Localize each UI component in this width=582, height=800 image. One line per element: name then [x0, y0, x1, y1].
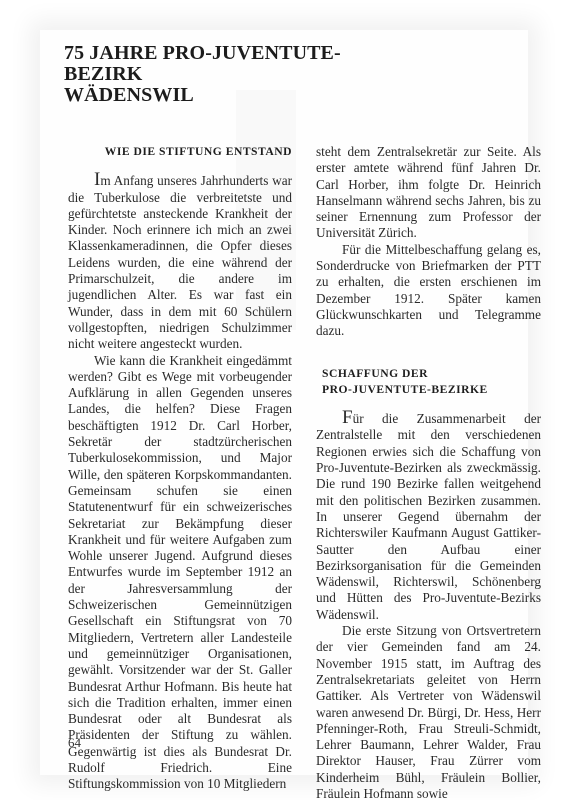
paragraph: steht dem Zentralsekretär zur Seite. Als…	[316, 144, 541, 242]
right-column: steht dem Zentralsekretär zur Seite. Als…	[316, 144, 541, 800]
page-title: 75 JAHRE PRO-JUVENTUTE-BEZIRK WÄDENSWIL	[64, 43, 384, 106]
title-line-2: WÄDENSWIL	[64, 84, 194, 106]
paragraph: Für die Zusammenarbeit der Zentralstelle…	[316, 410, 541, 623]
section-heading-origin: WIE DIE STIFTUNG ENTSTAND	[68, 144, 292, 160]
left-column: WIE DIE STIFTUNG ENTSTAND Im Anfang unse…	[68, 144, 292, 793]
page-number: 64	[68, 735, 81, 751]
paragraph: Die erste Sitzung von Ortsvertretern der…	[316, 623, 541, 800]
paragraph: Wie kann die Krankheit eingedämmt werden…	[68, 353, 292, 793]
section-heading-districts: SCHAFFUNG DER PRO-JUVENTUTE-BEZIRKE	[316, 366, 541, 399]
paragraph: Im Anfang unseres Jahrhunderts war die T…	[68, 172, 292, 352]
title-line-1: 75 JAHRE PRO-JUVENTUTE-BEZIRK	[64, 42, 341, 85]
dropcap: F	[342, 407, 353, 428]
paragraph: Für die Mittelbeschaffung gelang es, Son…	[316, 242, 541, 340]
